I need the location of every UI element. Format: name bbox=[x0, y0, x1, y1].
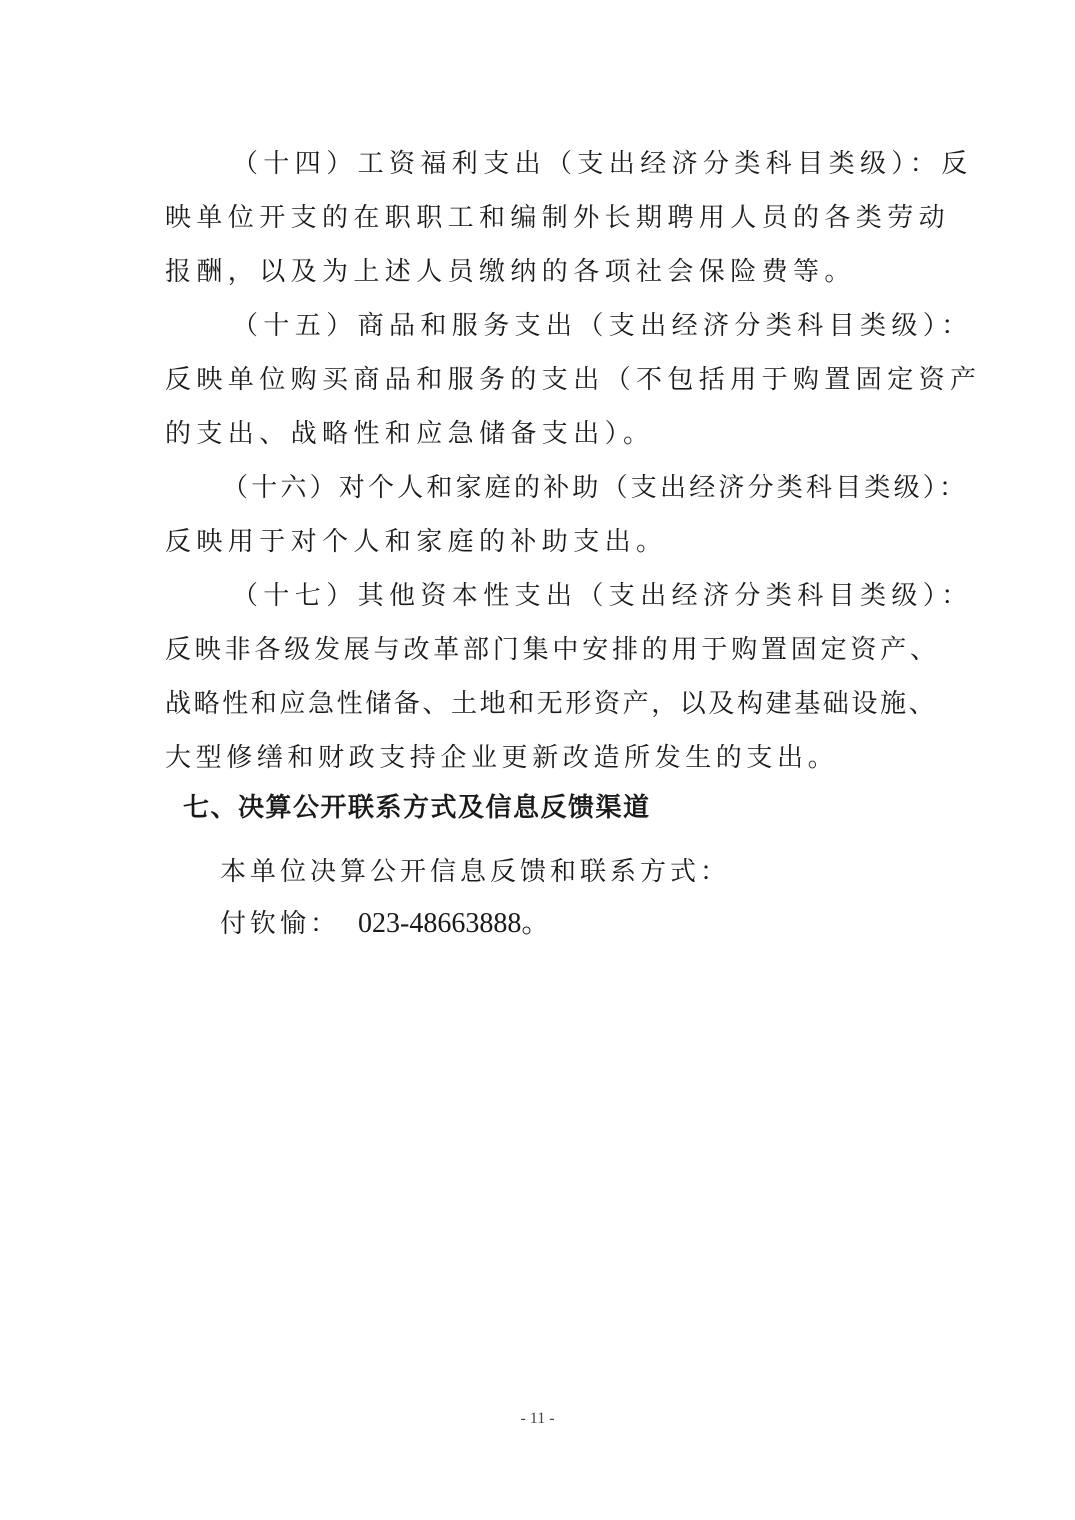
paragraph-line: （十四）工资福利支出（支出经济分类科目类级）：反 bbox=[232, 146, 917, 182]
paragraph-line: （十六）对个人和家庭的补助（支出经济分类科目类级）： bbox=[222, 470, 907, 506]
paragraph-line: （十七）其他资本性支出（支出经济分类科目类级）： bbox=[232, 578, 917, 614]
contact-intro: 本单位决算公开信息反馈和联系方式： bbox=[220, 854, 730, 890]
paragraph-line: 反映用于对个人和家庭的补助支出。 bbox=[165, 524, 917, 560]
paragraph-line: 大型修缮和财政支持企业更新改造所发生的支出。 bbox=[165, 740, 917, 776]
paragraph-line: 的支出、战略性和应急储备支出）。 bbox=[165, 416, 917, 452]
paragraph-line: 反映非各级发展与改革部门集中安排的用于购置固定资产、 bbox=[165, 632, 917, 668]
paragraph-line: 报酬，以及为上述人员缴纳的各项社会保险费等。 bbox=[165, 254, 917, 290]
paragraph-line: （十五）商品和服务支出（支出经济分类科目类级）： bbox=[232, 308, 917, 344]
paragraph-line: 反映单位购买商品和服务的支出（不包括用于购置固定资产 bbox=[165, 362, 917, 398]
section-heading: 七、决算公开联系方式及信息反馈渠道 bbox=[183, 790, 651, 826]
contact-line: 付钦愉：023-48663888。 bbox=[220, 906, 549, 942]
page-number: - 11 - bbox=[0, 1410, 1075, 1428]
paragraph-line: 映单位开支的在职职工和编制外长期聘用人员的各类劳动 bbox=[165, 200, 917, 236]
contact-name: 付钦愉： bbox=[220, 909, 340, 939]
paragraph-line: 战略性和应急性储备、土地和无形资产，以及构建基础设施、 bbox=[165, 686, 917, 722]
document-page: （十四）工资福利支出（支出经济分类科目类级）：反 映单位开支的在职职工和编制外长… bbox=[0, 0, 1075, 1520]
contact-phone: 023-48663888。 bbox=[358, 908, 549, 939]
